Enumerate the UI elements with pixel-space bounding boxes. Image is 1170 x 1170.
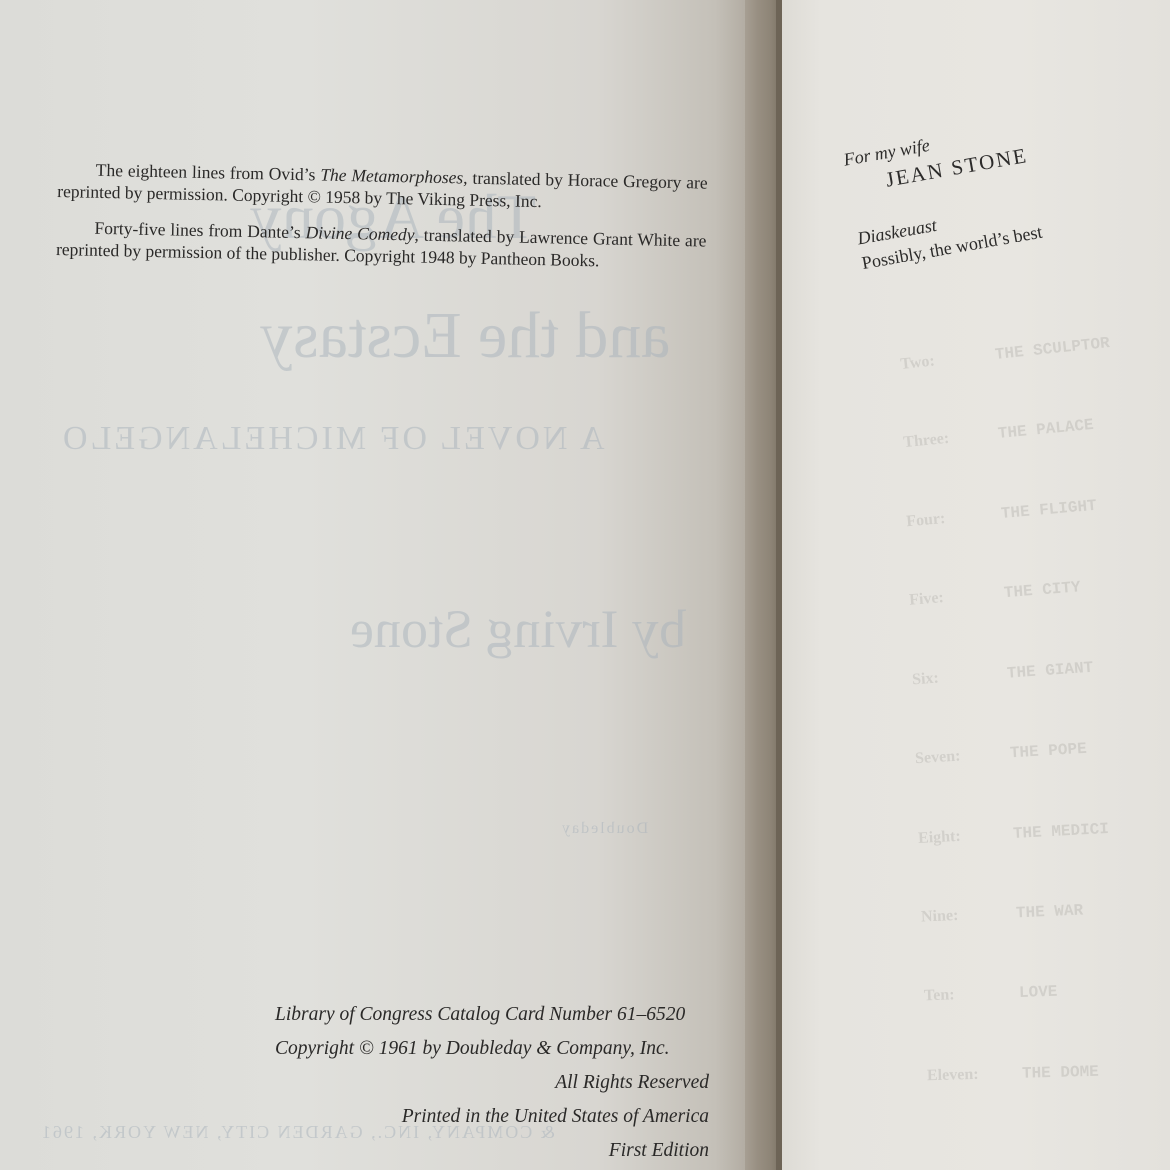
permissions-notice: The eighteen lines from Ovid’s The Metam…	[56, 158, 708, 288]
bleed-through-contents-row: Nine:THE WAR	[921, 901, 1084, 926]
bleed-through-contents-row: Eight:THE MEDICI	[918, 820, 1110, 848]
bleed-through-contents-row: Six:THE GIANT	[912, 659, 1094, 690]
permission-ovid: The eighteen lines from Ovid’s The Metam…	[57, 158, 708, 216]
publication-credits: Library of Congress Catalog Card Number …	[275, 998, 709, 1168]
bleed-through-contents-row: Two:THE SCULPTOR	[900, 334, 1111, 374]
work-title: Divine Comedy	[305, 222, 414, 244]
bleed-through-subtitle: A NOVEL OF MICHELANGELO	[60, 420, 605, 458]
permission-dante: Forty-five lines from Dante’s Divine Com…	[56, 216, 707, 274]
edition-line: First Edition	[275, 1134, 709, 1168]
bleed-through-contents-row: Seven:THE POPE	[915, 740, 1088, 768]
rights-line: All Rights Reserved	[275, 1066, 709, 1100]
work-title: The Metamorphoses	[320, 164, 463, 187]
bleed-through-title-2: and the Ecstasy	[260, 298, 671, 374]
copyright-line: Copyright © 1961 by Doubleday & Company,…	[275, 1032, 709, 1066]
permission-text: Forty-five lines from Dante’s	[94, 218, 305, 242]
bleed-through-contents-row: Four:THE FLIGHT	[906, 497, 1098, 532]
bleed-through-author: by Irving Stone	[350, 598, 686, 660]
bleed-through-contents-row: Eleven:THE DOME	[927, 1063, 1099, 1085]
bleed-through-contents-row: Ten:LOVE	[924, 983, 1058, 1006]
bleed-through-contents-row: Five:THE CITY	[909, 578, 1082, 609]
bleed-through-contents-row: Three:THE PALACE	[903, 416, 1095, 452]
permission-text: The eighteen lines from Ovid’s	[96, 160, 321, 185]
bleed-through-publisher: Doubleday	[560, 820, 648, 838]
catalog-number: Library of Congress Catalog Card Number …	[275, 998, 709, 1032]
printed-line: Printed in the United States of America	[275, 1100, 709, 1134]
left-page-copyright: The Agony and the Ecstasy A NOVEL OF MIC…	[0, 0, 745, 1170]
